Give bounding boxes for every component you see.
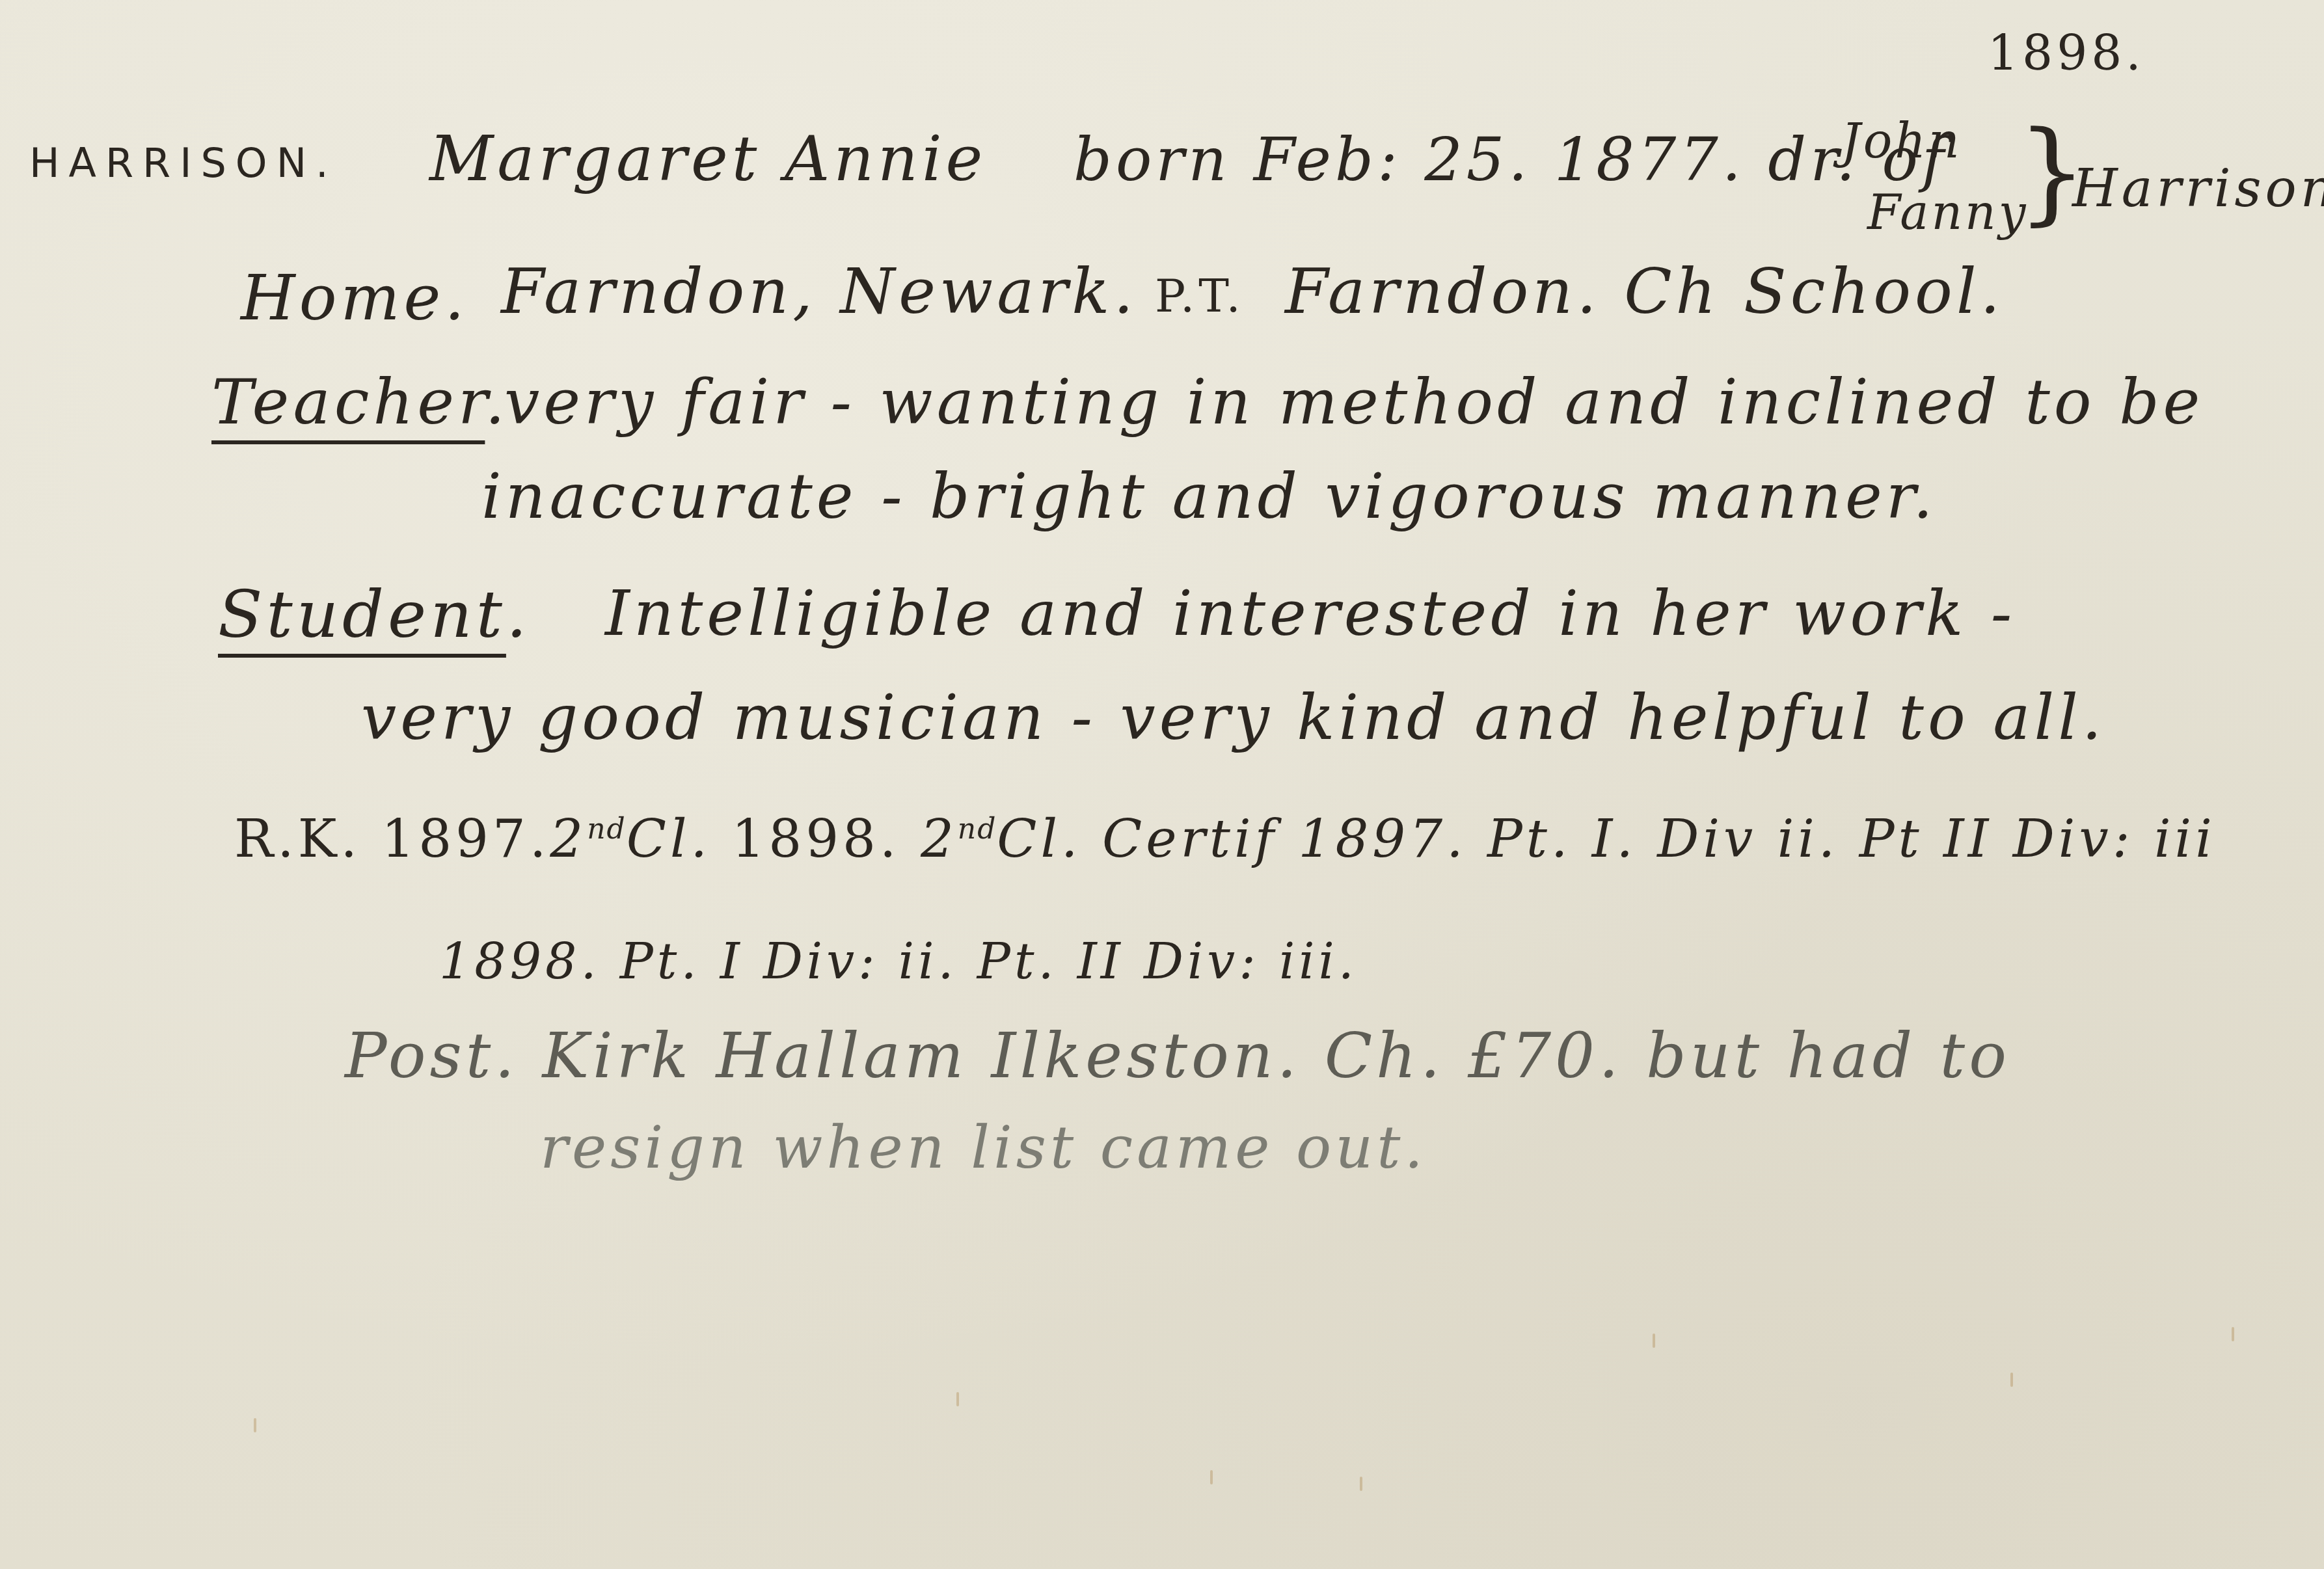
rk-1897-year: 1897. xyxy=(381,809,550,869)
student-comment-line1: Intelligible and interested in her work … xyxy=(605,582,2016,645)
paper-speck xyxy=(2232,1327,2234,1341)
student-label: Student xyxy=(218,576,506,652)
home-value: Farndon, Newark. xyxy=(501,260,1137,323)
parents-surname: Harrison. xyxy=(2072,163,2324,215)
paper-speck xyxy=(2010,1373,2013,1387)
rk-1897-cl: Cl. xyxy=(627,809,711,869)
results-line2: 1898. Pt. I Div: ii. Pt. II Div: iii. xyxy=(439,937,1358,986)
certif-1897: Certif 1897. Pt. I. Div ii. Pt II Div: i… xyxy=(1102,809,2216,869)
paper-speck xyxy=(1210,1470,1213,1484)
paper-speck xyxy=(1653,1334,1655,1348)
student-label-wrap: Student. xyxy=(218,582,531,647)
paper-speck xyxy=(1360,1477,1362,1491)
rk-1898-class: 2 xyxy=(921,809,958,869)
post-label: Post. xyxy=(345,1019,519,1092)
rk-1897-suffix: nd xyxy=(587,812,627,846)
student-separator: . xyxy=(506,576,531,652)
parent-mother: Fanny xyxy=(1867,189,2029,237)
entry-birth-text: born Feb: 25. 1877. dr. of xyxy=(1074,130,1948,190)
paper-speck xyxy=(254,1418,256,1432)
rk-1898-cl: Cl. xyxy=(997,809,1081,869)
post-line1-wrap: Post. Kirk Hallam Ilkeston. Ch. £70. but… xyxy=(345,1025,2010,1087)
teacher-label: Teacher xyxy=(211,366,485,438)
home-label: Home. xyxy=(241,267,468,329)
teacher-comment-line1: very fair - wanting in method and inclin… xyxy=(504,371,2204,433)
year-heading: 1898. xyxy=(1988,29,2145,77)
paper-speck xyxy=(956,1392,959,1406)
results-line1: R.K. 1897.2ndCl. 1898. 2ndCl. Certif 189… xyxy=(234,813,2216,865)
entry-surname: HARRISON. xyxy=(29,143,338,183)
rk-1898-suffix: nd xyxy=(958,812,997,846)
post-line1: Kirk Hallam Ilkeston. Ch. £70. but had t… xyxy=(542,1019,2010,1092)
home-pt-label: P.T. xyxy=(1155,273,1245,319)
post-line2: resign when list came out. xyxy=(540,1119,1427,1177)
teacher-label-wrap: Teacher. xyxy=(211,371,509,433)
rk-label: R.K. xyxy=(234,809,361,869)
rk-1897-class: 2 xyxy=(550,809,587,869)
rk-1898-year: 1898. xyxy=(731,809,900,869)
entry-forenames: Margaret Annie xyxy=(429,127,986,190)
parent-father: John xyxy=(1841,117,1962,165)
home-pt-value: Farndon. Ch School. xyxy=(1285,260,2004,323)
teacher-comment-line2: inaccurate - bright and vigorous manner. xyxy=(481,465,1937,528)
student-comment-line2: very good musician - very kind and helpf… xyxy=(361,686,2105,749)
